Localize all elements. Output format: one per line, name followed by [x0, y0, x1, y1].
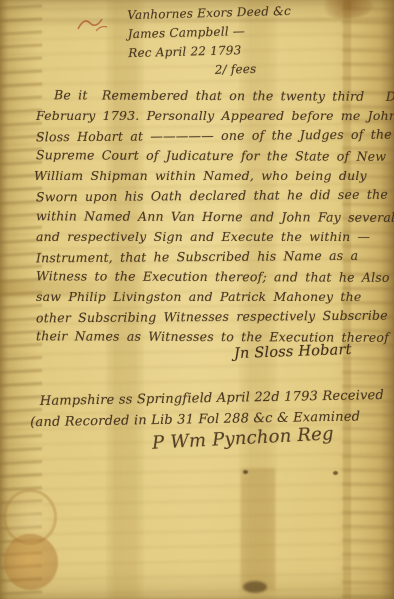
- body-line: within Named Ann Van Horne and John Fay …: [36, 206, 380, 228]
- red-ink-mark-top-left: [76, 13, 110, 35]
- docket-block: Vanhornes Exors Deed &c James Campbell —…: [127, 2, 293, 82]
- ink-smudge-bottom-center: [243, 581, 267, 593]
- vertical-fold-band-center-dark-segment: [241, 468, 275, 590]
- body-line: Witness to the Execution thereof; and th…: [36, 266, 380, 288]
- body-line: Sworn upon his Oath declared that he did…: [36, 185, 380, 208]
- body-line: and respectively Sign and Execute the wi…: [36, 227, 380, 247]
- body-line: February 1793. Personally Appeared befor…: [36, 106, 380, 126]
- acknowledgment-body: Be it Remembered that on the twenty thir…: [36, 86, 380, 347]
- body-line: Instrument, that he Subscribed his Name …: [36, 245, 380, 268]
- manuscript-page: Vanhornes Exors Deed &c James Campbell —…: [0, 0, 394, 599]
- body-line: saw Philip Livingston and Patrick Mahone…: [36, 287, 380, 307]
- body-line: Be it Remembered that on the twenty thir…: [54, 85, 380, 107]
- body-line: other Subscribing Witnesses respectively…: [36, 306, 380, 329]
- brown-stain-bottom-left: [4, 534, 58, 590]
- ink-speck: [333, 471, 338, 475]
- docket-line-fees: 2/ fees: [214, 59, 292, 80]
- body-line: William Shipman within Named, who being …: [34, 166, 380, 186]
- body-line: Sloss Hobart at ————— one of the Judges …: [36, 125, 380, 148]
- body-line: Supreme Court of Judicature for the Stat…: [36, 146, 380, 168]
- ink-speck: [243, 470, 248, 474]
